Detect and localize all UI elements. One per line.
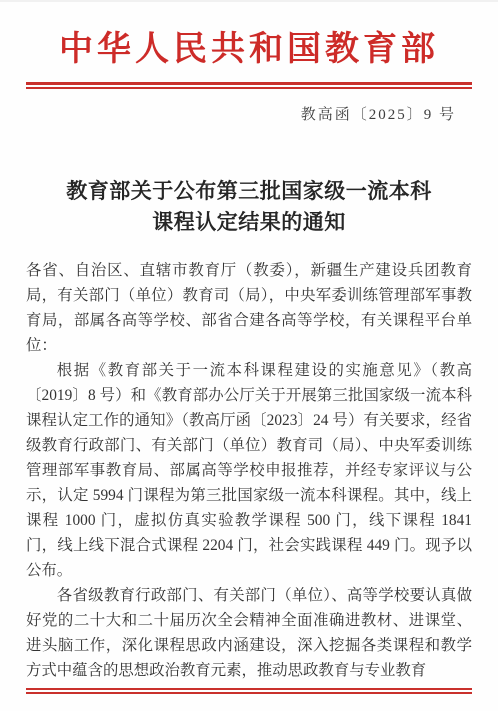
separator-thin-line xyxy=(26,87,472,89)
ministry-header-title: 中华人民共和国教育部 xyxy=(0,28,498,72)
document-body: 各省、自治区、直辖市教育厅（教委），新疆生产建设兵团教育局，有关部门（单位）教育… xyxy=(26,258,472,683)
official-document-page: 中华人民共和国教育部 教高函〔2025〕9 号 教育部关于公布第三批国家级一流本… xyxy=(0,0,498,711)
document-title-line2: 课程认定结果的通知 xyxy=(0,207,498,238)
bottom-red-separator xyxy=(26,688,472,694)
document-title: 教育部关于公布第三批国家级一流本科 课程认定结果的通知 xyxy=(0,176,498,238)
paragraph-addressees: 各省、自治区、直辖市教育厅（教委），新疆生产建设兵团教育局，有关部门（单位）教育… xyxy=(26,258,472,358)
document-title-line1: 教育部关于公布第三批国家级一流本科 xyxy=(0,176,498,207)
header-red-separator xyxy=(26,82,472,89)
paragraph-requirements: 各省级教育行政部门、有关部门（单位）、高等学校要认真做好党的二十大和二十届历次全… xyxy=(26,583,472,683)
document-reference-number: 教高函〔2025〕9 号 xyxy=(0,104,498,126)
bottom-separator-thin-line xyxy=(26,692,472,694)
paragraph-announcement: 根据《教育部关于一流本科课程建设的实施意见》（教高〔2019〕8 号）和《教育部… xyxy=(26,358,472,583)
